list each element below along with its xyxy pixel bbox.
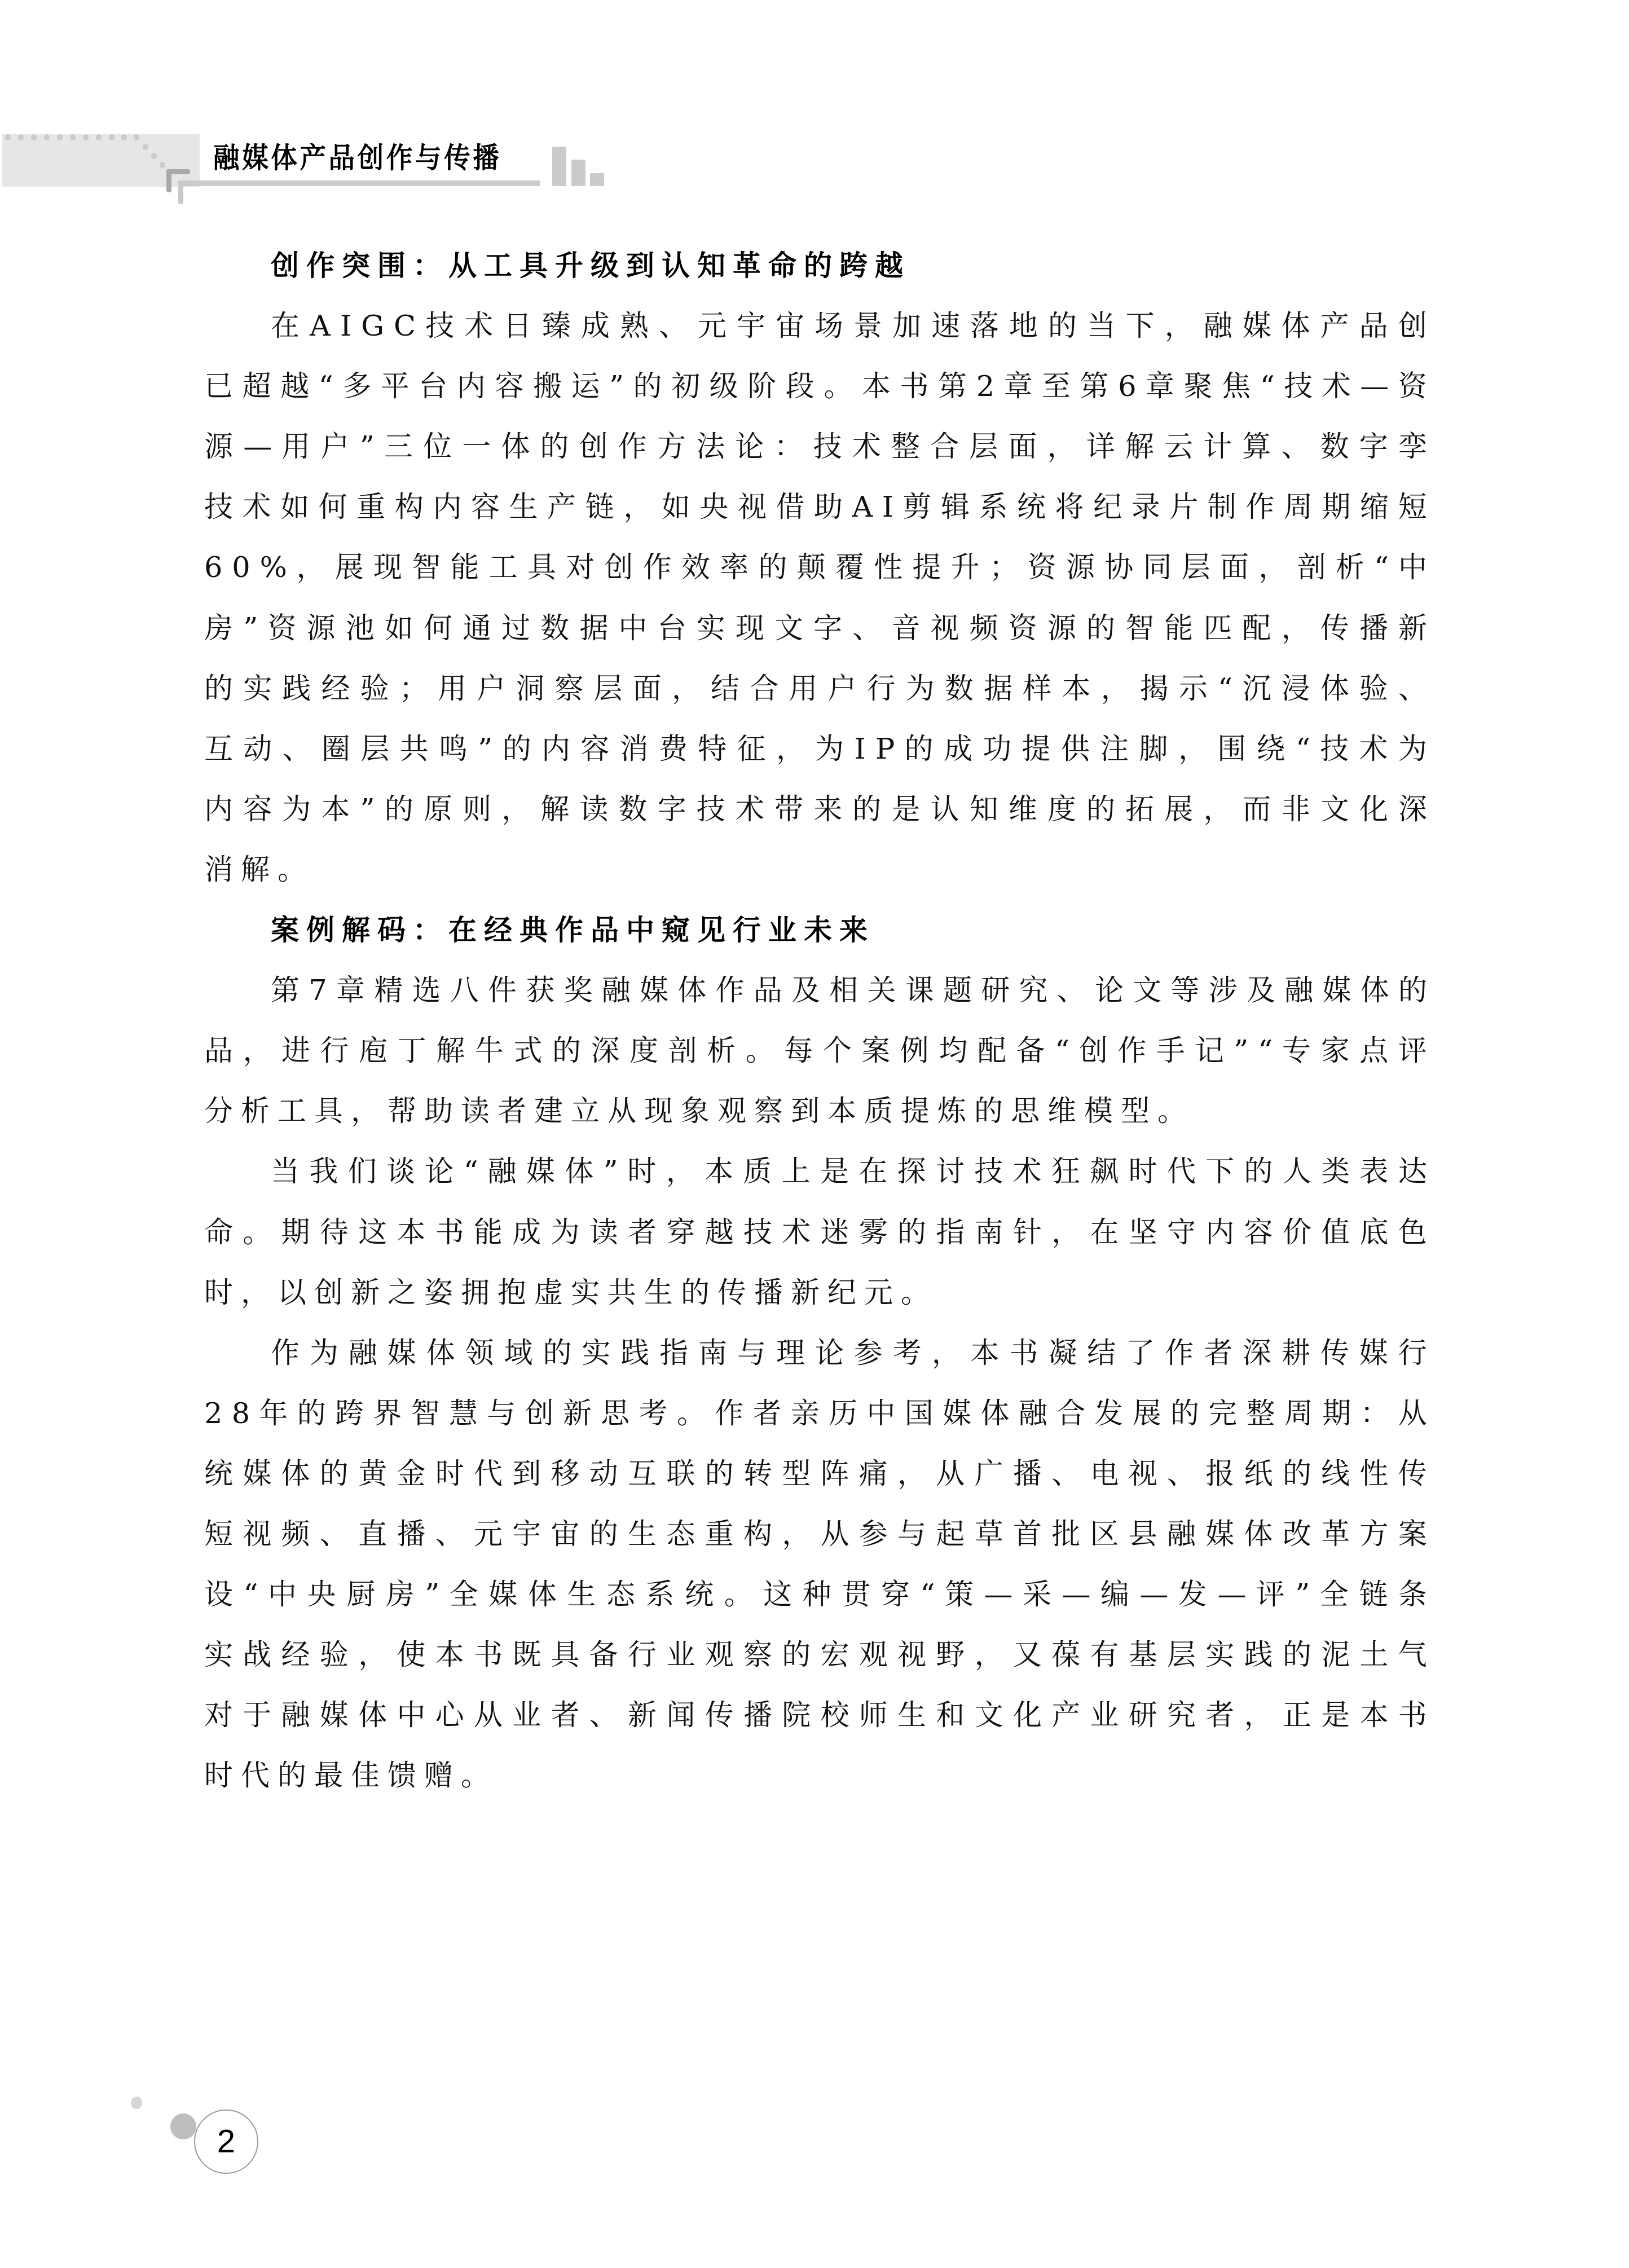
page-body: 创作突围：从工具升级到认知革命的跨越 在 A I G C 技 术 日 臻 成 熟… [204, 236, 1427, 1806]
decor-dot [143, 144, 148, 150]
text-line: 对 于 融 媒 体 中 心 从 业 者 、 新 闻 传 播 院 校 师 生 和 … [204, 1685, 1427, 1746]
text-line: 时代的最佳馈赠。 [204, 1746, 1427, 1806]
text-line: 作 为 融 媒 体 领 域 的 实 践 指 南 与 理 论 参 考 ， 本 书 … [204, 1323, 1427, 1384]
decor-dot [31, 134, 37, 140]
decor-dot [170, 2113, 196, 2139]
decor-dot [57, 134, 63, 140]
running-title: 融媒体产品创作与传播 [213, 140, 502, 176]
header-bracket-dark [166, 169, 190, 174]
text-line: 品 ， 进 行 庖 丁 解 牛 式 的 深 度 剖 析 。 每 个 案 例 均 … [204, 1021, 1427, 1081]
header-bar [571, 160, 585, 186]
paragraph: 第 7 章 精 选 八 件 获 奖 融 媒 体 作 品 及 相 关 课 题 研 … [204, 961, 1427, 1142]
decor-dot [109, 134, 115, 140]
text-line: 设 “ 中 央 厨 房 ” 全 媒 体 生 态 系 统 。 这 种 贯 穿 “ … [204, 1565, 1427, 1625]
text-line: 统 媒 体 的 黄 金 时 代 到 移 动 互 联 的 转 型 阵 痛 ， 从 … [204, 1444, 1427, 1504]
text-line: 时，以创新之姿拥抱虚实共生的传播新纪元。 [204, 1263, 1427, 1323]
text-line: 内 容 为 本 ” 的 原 则 ， 解 读 数 字 技 术 带 来 的 是 认 … [204, 780, 1427, 840]
decor-dot [121, 134, 127, 140]
text-line: 互 动 、 圈 层 共 鸣 ” 的 内 容 消 费 特 征 ， 为 I P 的 … [204, 719, 1427, 780]
decor-dot [131, 2097, 142, 2109]
text-line: 2 8 年 的 跨 界 智 慧 与 创 新 思 考 。 作 者 亲 历 中 国 … [204, 1384, 1427, 1444]
text-line: 已 超 越 “ 多 平 台 内 容 搬 运 ” 的 初 级 阶 段 。 本 书 … [204, 356, 1427, 417]
text-line: 房 ” 资 源 池 如 何 通 过 数 据 中 台 实 现 文 字 、 音 视 … [204, 598, 1427, 659]
decor-dot [5, 134, 11, 140]
section-heading: 案例解码：在经典作品中窥见行业未来 [204, 900, 1427, 961]
text-line: 实 战 经 验 ， 使 本 书 既 具 备 行 业 观 察 的 宏 观 视 野 … [204, 1625, 1427, 1685]
paragraph: 当 我 们 谈 论 “ 融 媒 体 ” 时 ， 本 质 上 是 在 探 讨 技 … [204, 1142, 1427, 1323]
decor-dot [18, 134, 24, 140]
text-line: 源 — 用 户 ” 三 位 一 体 的 创 作 方 法 论 ： 技 术 整 合 … [204, 417, 1427, 477]
header-rule [178, 180, 540, 186]
text-line: 6 0 % ， 展 现 智 能 工 具 对 创 作 效 率 的 颠 覆 性 提 … [204, 538, 1427, 598]
decor-dot [44, 134, 50, 140]
decor-dot [160, 162, 165, 168]
page-number: 2 [194, 2110, 258, 2174]
header-bracket-light [178, 180, 183, 204]
text-line: 短 视 频 、 直 播 、 元 宇 宙 的 生 态 重 构 ， 从 参 与 起 … [204, 1504, 1427, 1565]
paragraph: 在 A I G C 技 术 日 臻 成 熟 、 元 宇 宙 场 景 加 速 落 … [204, 296, 1427, 900]
section-heading: 创作突围：从工具升级到认知革命的跨越 [204, 236, 1427, 296]
text-line: 分析工具，帮助读者建立从现象观察到本质提炼的思维模型。 [204, 1081, 1427, 1142]
decor-dot [134, 134, 139, 140]
text-line: 在 A I G C 技 术 日 臻 成 熟 、 元 宇 宙 场 景 加 速 落 … [204, 296, 1427, 356]
header-bar [552, 147, 566, 186]
decor-dot [70, 134, 76, 140]
text-line: 的 实 践 经 验 ； 用 户 洞 察 层 面 ， 结 合 用 户 行 为 数 … [204, 659, 1427, 719]
text-line: 当 我 们 谈 论 “ 融 媒 体 ” 时 ， 本 质 上 是 在 探 讨 技 … [204, 1142, 1427, 1202]
decor-dot [151, 153, 157, 159]
text-line: 消解。 [204, 840, 1427, 900]
text-line: 命 。 期 待 这 本 书 能 成 为 读 者 穿 越 技 术 迷 雾 的 指 … [204, 1203, 1427, 1263]
decor-dot [96, 134, 102, 140]
text-line: 技 术 如 何 重 构 内 容 生 产 链 ， 如 央 视 借 助 A I 剪 … [204, 477, 1427, 538]
header-bar [590, 173, 604, 186]
paragraph: 作 为 融 媒 体 领 域 的 实 践 指 南 与 理 论 参 考 ， 本 书 … [204, 1323, 1427, 1807]
text-line: 第 7 章 精 选 八 件 获 奖 融 媒 体 作 品 及 相 关 课 题 研 … [204, 961, 1427, 1021]
decor-dot [83, 134, 89, 140]
